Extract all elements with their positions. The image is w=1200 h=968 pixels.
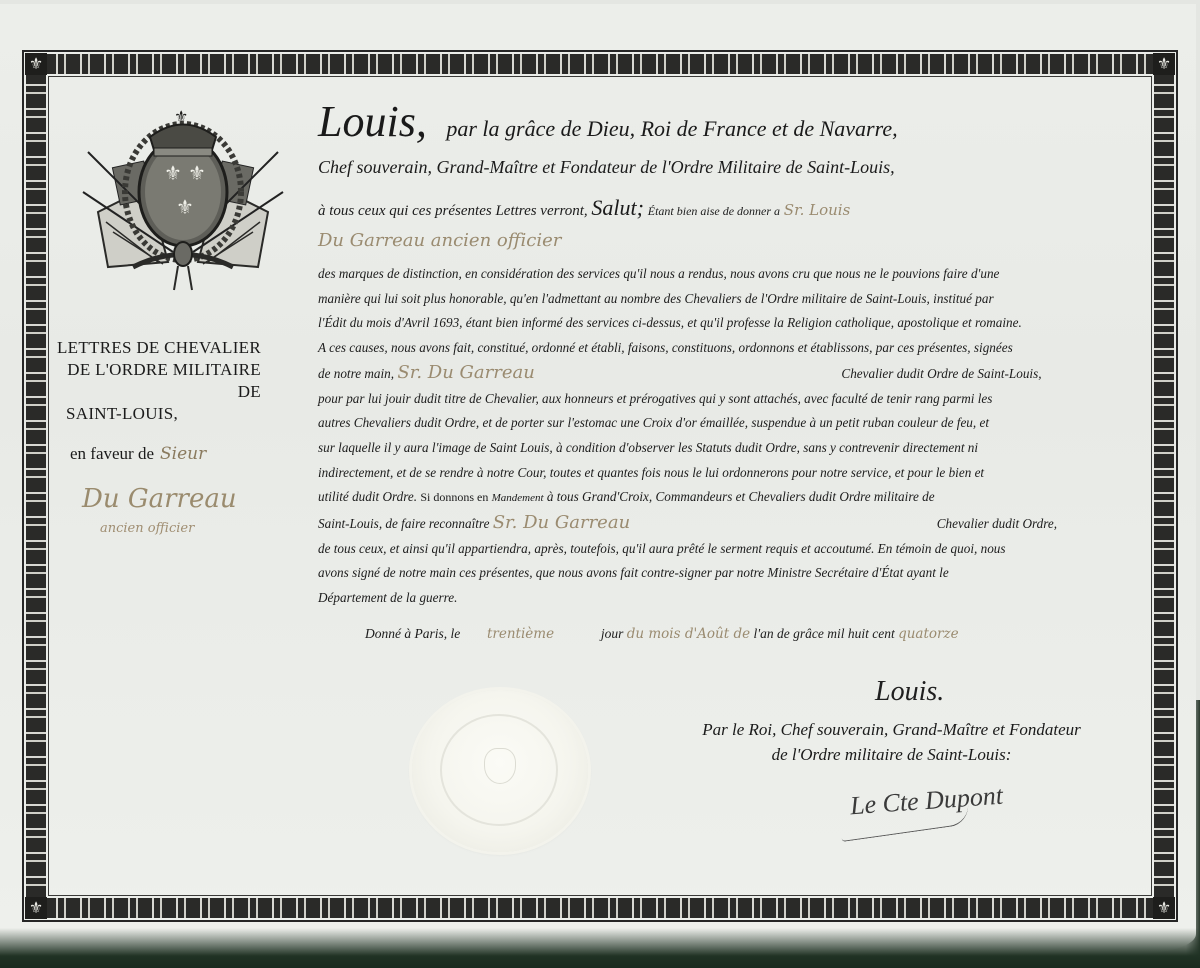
body-line: des marques de distinction, en considéra… <box>318 262 1118 287</box>
recipient-name-handwritten: Du Garreau <box>82 484 237 514</box>
body-line: utilité dudit Ordre. Si donnons en Mande… <box>318 485 1118 511</box>
royal-heading: Louis, par la grâce de Dieu, Roi de Fran… <box>318 96 1148 147</box>
body-line: A ces causes, nous avons fait, constitué… <box>318 336 1118 361</box>
greek-key-border-left <box>26 54 46 918</box>
heading-line-3: à tous ceux qui ces présentes Lettres ve… <box>318 195 1118 221</box>
body-line: autres Chevaliers dudit Ordre, et de por… <box>318 411 1118 436</box>
countersign-line: Par le Roi, Chef souverain, Grand-Maître… <box>644 717 1139 742</box>
in-favor-of-label: en faveur de <box>70 444 154 464</box>
intro-text: Étant bien aise de donner a <box>648 204 780 218</box>
greek-key-border-bottom <box>26 898 1174 918</box>
body-text-span: utilité dudit Ordre. <box>318 489 417 504</box>
fleur-de-lis-icon: ⚜ <box>1153 53 1175 75</box>
dating-line: Donné à Paris, le trentième jour du mois… <box>365 626 959 642</box>
body-text-span: Chevalier dudit Ordre de Saint-Louis, <box>841 366 1041 381</box>
body-text-span: Mandement <box>492 492 544 504</box>
svg-text:⚜: ⚜ <box>174 107 188 126</box>
body-text-span: à tous Grand'Croix, Commandeurs et Cheva… <box>547 489 935 504</box>
recipient-rank-handwritten: ancien officier <box>100 521 194 536</box>
handwritten-month: du mois d'Août de <box>627 626 750 642</box>
title-line: SAINT-LOUIS, <box>56 403 261 425</box>
handwritten-recipient-line: Du Garreau ancien officier <box>318 230 1118 251</box>
body-text-span: Saint-Louis, de faire reconnaître <box>318 516 489 531</box>
king-name: Louis, <box>318 97 427 146</box>
background-edge-bottom <box>0 928 1200 968</box>
body-line: avons signé de notre main ces présentes,… <box>318 561 1118 586</box>
certificate-title: LETTRES DE CHEVALIER DE L'ORDRE MILITAIR… <box>56 337 261 425</box>
svg-text:⚜: ⚜ <box>188 161 206 185</box>
parchment: ⚜ ⚜ ⚜ ⚜ ⚜ ⚜ ⚜ <box>0 4 1196 954</box>
handwritten-day: trentième <box>487 626 554 642</box>
body-text-span: de notre main, <box>318 366 394 381</box>
body-text-span: Si donnons en <box>420 490 488 504</box>
body-line: de tous ceux, et ainsi qu'il appartiendr… <box>318 537 1118 562</box>
body-text-span: Chevalier dudit Ordre, <box>937 516 1057 531</box>
royal-coat-of-arms-icon: ⚜ ⚜ ⚜ ⚜ <box>78 92 288 292</box>
favor-handwritten-sieur: Sieur <box>160 444 206 464</box>
body-line: manière qui lui soit plus honorable, qu'… <box>318 287 1118 312</box>
handwritten-name: Sr. Du Garreau <box>397 362 534 383</box>
title-line: LETTRES DE CHEVALIER <box>56 337 261 359</box>
body-line: Saint-Louis, de faire reconnaître Sr. Du… <box>318 511 1118 537</box>
body-line: de notre main, Sr. Du Garreau Chevalier … <box>318 361 1118 387</box>
year-text: l'an de grâce mil huit cent <box>753 626 894 641</box>
title-line: DE L'ORDRE MILITAIRE DE <box>56 359 261 403</box>
handwritten-year: quatorze <box>898 626 959 642</box>
body-line: sur laquelle il y aura l'image de Saint … <box>318 436 1118 461</box>
greeting-text: à tous ceux qui ces présentes Lettres ve… <box>318 203 588 219</box>
given-at-text: Donné à Paris, le <box>365 626 460 641</box>
body-line: Département de la guerre. <box>318 586 1118 611</box>
fleur-de-lis-icon: ⚜ <box>1153 897 1175 919</box>
heading-line-2: Chef souverain, Grand-Maître et Fondateu… <box>318 157 1118 178</box>
countersign-text: Par le Roi, Chef souverain, Grand-Maître… <box>644 717 1139 767</box>
wax-seal-icon <box>412 690 588 852</box>
greek-key-border-right <box>1154 54 1174 918</box>
body-line: l'Édit du mois d'Avril 1693, étant bien … <box>318 311 1118 336</box>
jour-text: jour <box>601 626 624 641</box>
salut-text: Salut; <box>591 195 644 220</box>
countersign-line: de l'Ordre militaire de Saint-Louis: <box>644 742 1139 767</box>
heading-line-1: par la grâce de Dieu, Roi de France et d… <box>446 116 897 141</box>
body-line: indirectement, et de se rendre à notre C… <box>318 461 1118 486</box>
body-text: des marques de distinction, en considéra… <box>318 262 1118 611</box>
svg-text:⚜: ⚜ <box>176 195 194 219</box>
fleur-de-lis-icon: ⚜ <box>25 897 47 919</box>
svg-text:⚜: ⚜ <box>164 161 182 185</box>
fleur-de-lis-icon: ⚜ <box>25 53 47 75</box>
handwritten-name: Sr. Du Garreau <box>493 512 630 533</box>
king-signature: Louis. <box>875 676 944 708</box>
seal-shield-icon <box>484 748 516 784</box>
handwritten-name: Sr. Louis <box>784 201 850 219</box>
greek-key-border-top <box>26 54 1174 74</box>
body-line: pour par lui jouir dudit titre de Cheval… <box>318 387 1118 412</box>
